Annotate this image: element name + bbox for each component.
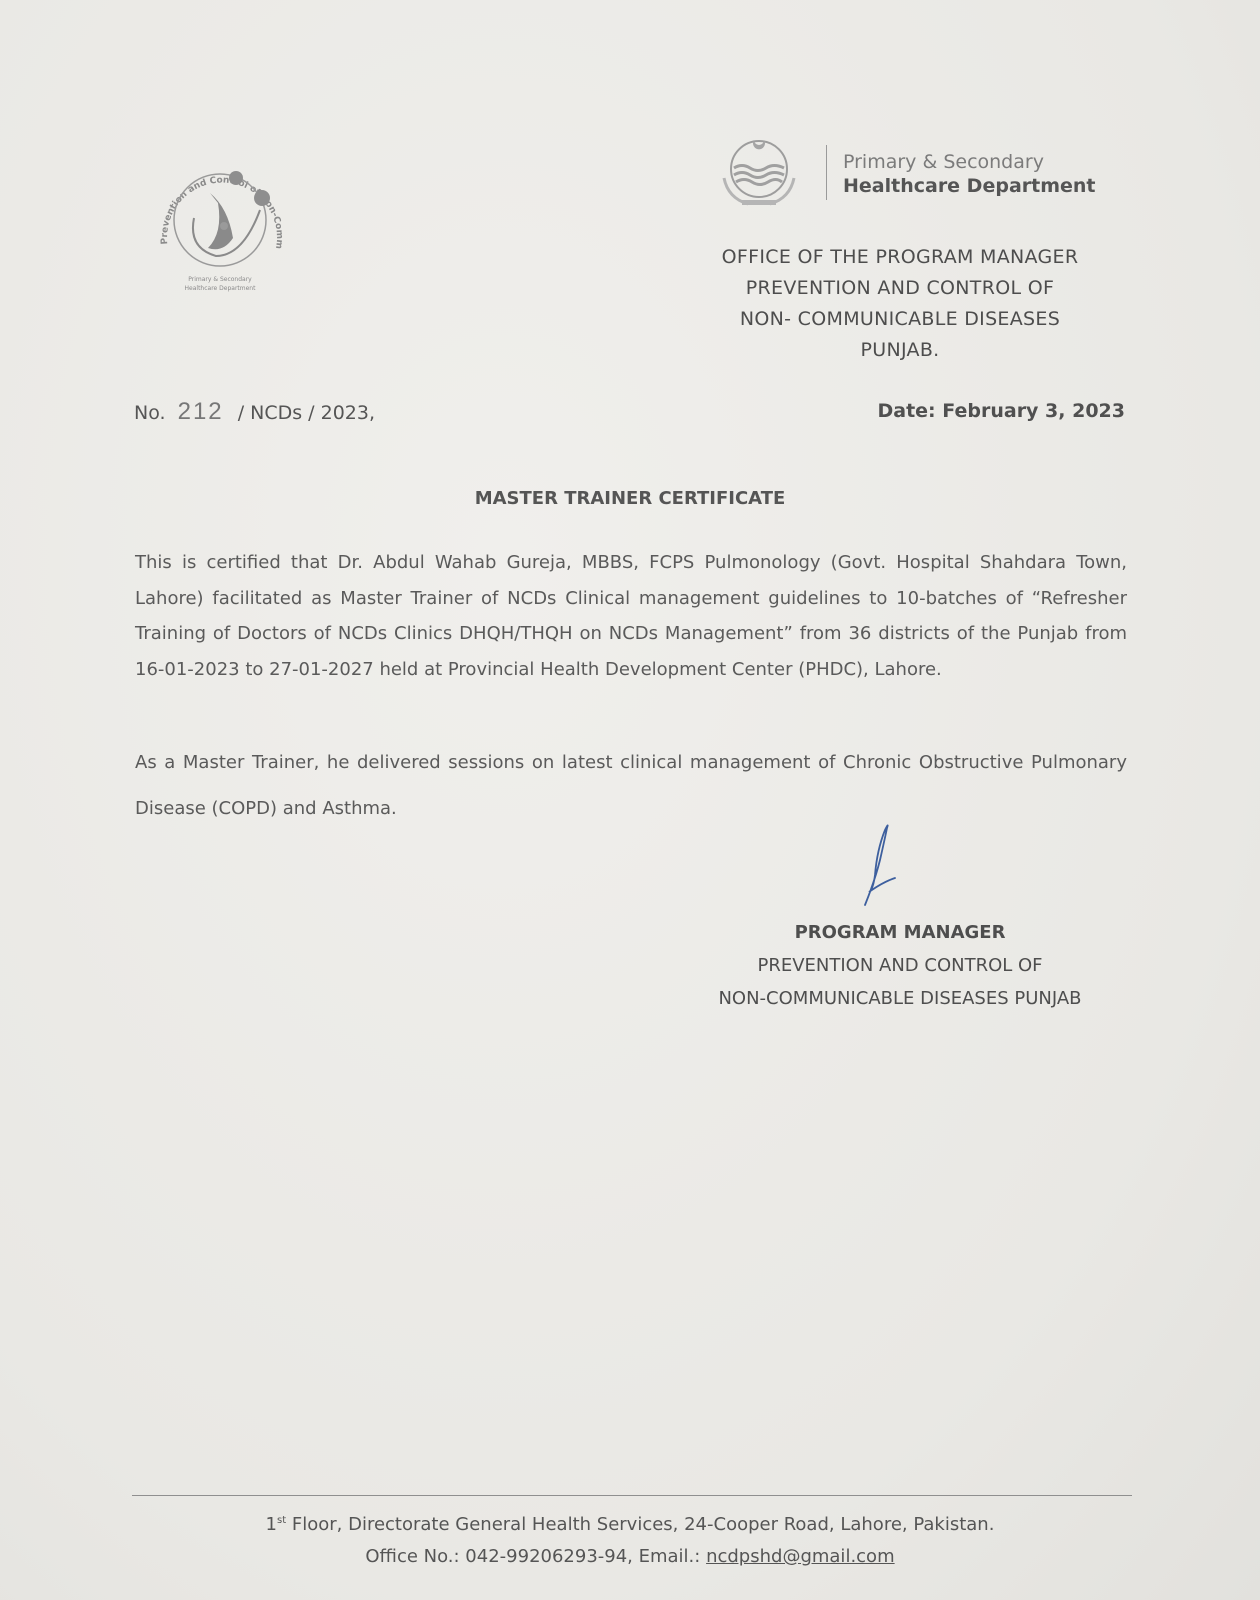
office-line-4: PUNJAB. [690, 335, 1110, 366]
office-line-3: NON- COMMUNICABLE DISEASES [690, 304, 1110, 335]
department-name: Primary & Secondary Healthcare Departmen… [843, 150, 1096, 198]
department-line-1: Primary & Secondary [843, 150, 1096, 174]
reference-value: 212 [178, 398, 224, 425]
document-date: Date: February 3, 2023 [878, 400, 1126, 422]
footer-floor-suffix: st [277, 1515, 286, 1526]
logo-caption-1: Primary & Secondary [188, 276, 252, 283]
office-heading: OFFICE OF THE PROGRAM MANAGER PREVENTION… [690, 242, 1110, 366]
reference-prefix: No. [134, 402, 166, 424]
office-line-2: PREVENTION AND CONTROL OF [690, 273, 1110, 304]
footer-floor-number: 1 [266, 1514, 277, 1535]
footer-divider [132, 1495, 1132, 1496]
signatory-block: PROGRAM MANAGER PREVENTION AND CONTROL O… [680, 916, 1120, 1015]
office-line-1: OFFICE OF THE PROGRAM MANAGER [690, 242, 1110, 273]
footer-address: 1st Floor, Directorate General Health Se… [0, 1505, 1260, 1541]
reference-number: No. 212 / NCDs / 2023, [134, 398, 375, 426]
punjab-government-emblem [718, 128, 800, 210]
signatory-line-2: PREVENTION AND CONTROL OF [680, 949, 1120, 982]
certificate-paragraph-1: This is certified that Dr. Abdul Wahab G… [135, 545, 1127, 687]
certificate-title: MASTER TRAINER CERTIFICATE [0, 488, 1260, 509]
signatory-line-3: NON-COMMUNICABLE DISEASES PUNJAB [680, 982, 1120, 1015]
signature [855, 820, 915, 920]
signatory-title: PROGRAM MANAGER [680, 916, 1120, 949]
footer: 1st Floor, Directorate General Health Se… [0, 1505, 1260, 1573]
ncd-program-logo: Prevention and Control of Non-Communicab… [138, 138, 303, 303]
footer-contact: Office No.: 042-99206293-94, Email.: ncd… [0, 1541, 1260, 1573]
footer-office-phone: Office No.: 042-99206293-94, Email.: [365, 1546, 706, 1567]
header-divider [826, 145, 827, 200]
logo-caption-2: Healthcare Department [185, 285, 257, 292]
reference-suffix: / NCDs / 2023, [238, 402, 375, 424]
department-line-2: Healthcare Department [843, 174, 1096, 198]
certificate-paragraph-2: As a Master Trainer, he delivered sessio… [135, 740, 1127, 832]
footer-email-link[interactable]: ncdpshd@gmail.com [706, 1546, 895, 1567]
footer-address-text: Floor, Directorate General Health Servic… [286, 1514, 994, 1535]
